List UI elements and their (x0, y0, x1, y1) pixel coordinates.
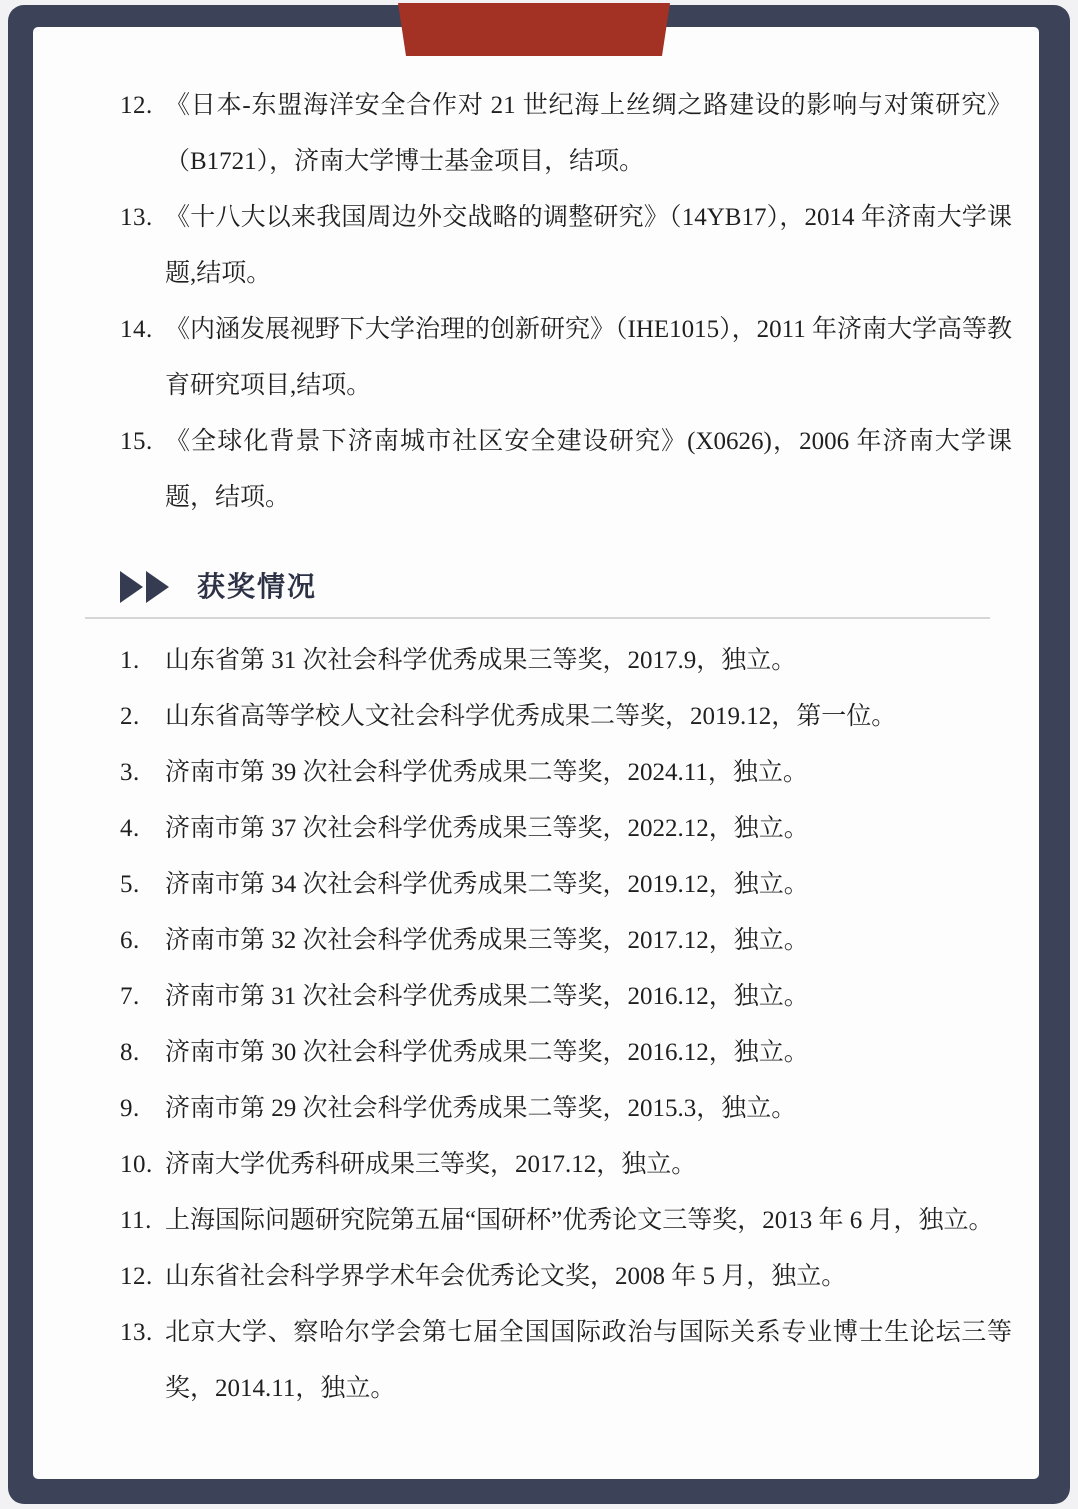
list-item-number: 12. (120, 78, 165, 134)
award-list-item: 13. 北京大学、察哈尔学会第七届全国国际政治与国际关系专业博士生论坛三等奖，2… (120, 1305, 1012, 1417)
project-list-item: 13. 《十八大以来我国周边外交战略的调整研究》（14YB17），2014 年济… (120, 190, 1012, 302)
list-item-text: 济南市第 30 次社会科学优秀成果二等奖，2016.12，独立。 (165, 1025, 1012, 1081)
award-list-item: 10. 济南大学优秀科研成果三等奖，2017.12，独立。 (120, 1137, 1012, 1193)
award-list-item: 8. 济南市第 30 次社会科学优秀成果二等奖，2016.12，独立。 (120, 1025, 1012, 1081)
list-item-text: 北京大学、察哈尔学会第七届全国国际政治与国际关系专业博士生论坛三等奖，2014.… (165, 1305, 1012, 1417)
award-list-item: 11. 上海国际问题研究院第五届“国研杯”优秀论文三等奖，2013 年 6 月，… (120, 1193, 1012, 1249)
list-item-number: 4. (120, 801, 165, 857)
list-item-number: 13. (120, 190, 165, 246)
double-arrow-icon (120, 571, 170, 603)
award-list-item: 7. 济南市第 31 次社会科学优秀成果二等奖，2016.12，独立。 (120, 969, 1012, 1025)
award-list-item: 1. 山东省第 31 次社会科学优秀成果三等奖，2017.9，独立。 (120, 633, 1012, 689)
project-list-item: 15. 《全球化背景下济南城市社区安全建设研究》(X0626)，2006 年济南… (120, 414, 1012, 526)
list-item-number: 2. (120, 689, 165, 745)
list-item-number: 9. (120, 1081, 165, 1137)
list-item-number: 3. (120, 745, 165, 801)
section-header-awards: 获奖情况 (33, 565, 1039, 609)
list-item-text: 《内涵发展视野下大学治理的创新研究》（IHE1015），2011 年济南大学高等… (165, 302, 1012, 414)
list-item-number: 1. (120, 633, 165, 689)
award-list-item: 3. 济南市第 39 次社会科学优秀成果二等奖，2024.11，独立。 (120, 745, 1012, 801)
list-item-number: 15. (120, 414, 165, 470)
list-item-text: 上海国际问题研究院第五届“国研杯”优秀论文三等奖，2013 年 6 月，独立。 (165, 1193, 1012, 1249)
awards-list: 1. 山东省第 31 次社会科学优秀成果三等奖，2017.9，独立。 2. 山东… (33, 619, 1039, 1417)
projects-list: 12. 《日本-东盟海洋安全合作对 21 世纪海上丝绸之路建设的影响与对策研究》… (33, 27, 1039, 526)
list-item-text: 《十八大以来我国周边外交战略的调整研究》（14YB17），2014 年济南大学课… (165, 190, 1012, 302)
list-item-text: 济南市第 34 次社会科学优秀成果二等奖，2019.12，独立。 (165, 857, 1012, 913)
list-item-text: 《日本-东盟海洋安全合作对 21 世纪海上丝绸之路建设的影响与对策研究》（B17… (165, 78, 1012, 190)
award-list-item: 6. 济南市第 32 次社会科学优秀成果三等奖，2017.12，独立。 (120, 913, 1012, 969)
document-page: 12. 《日本-东盟海洋安全合作对 21 世纪海上丝绸之路建设的影响与对策研究》… (33, 27, 1039, 1479)
award-list-item: 2. 山东省高等学校人文社会科学优秀成果二等奖，2019.12，第一位。 (120, 689, 1012, 745)
award-list-item: 9. 济南市第 29 次社会科学优秀成果二等奖，2015.3，独立。 (120, 1081, 1012, 1137)
list-item-number: 13. (120, 1305, 165, 1361)
list-item-text: 山东省社会科学界学术年会优秀论文奖，2008 年 5 月，独立。 (165, 1249, 1012, 1305)
list-item-text: 济南市第 31 次社会科学优秀成果二等奖，2016.12，独立。 (165, 969, 1012, 1025)
list-item-number: 11. (120, 1193, 165, 1249)
list-item-text: 济南市第 39 次社会科学优秀成果二等奖，2024.11，独立。 (165, 745, 1012, 801)
list-item-text: 济南市第 29 次社会科学优秀成果二等奖，2015.3，独立。 (165, 1081, 1012, 1137)
list-item-number: 10. (120, 1137, 165, 1193)
list-item-number: 14. (120, 302, 165, 358)
project-list-item: 12. 《日本-东盟海洋安全合作对 21 世纪海上丝绸之路建设的影响与对策研究》… (120, 78, 1012, 190)
list-item-text: 《全球化背景下济南城市社区安全建设研究》(X0626)，2006 年济南大学课题… (165, 414, 1012, 526)
list-item-number: 7. (120, 969, 165, 1025)
list-item-number: 5. (120, 857, 165, 913)
page-background: { "colors": { "bg": "#f2f2f4", "navy": "… (0, 0, 1078, 1509)
section-title: 获奖情况 (197, 559, 317, 615)
bookmark-tab (398, 3, 670, 56)
award-list-item: 4. 济南市第 37 次社会科学优秀成果三等奖，2022.12，独立。 (120, 801, 1012, 857)
list-item-text: 山东省第 31 次社会科学优秀成果三等奖，2017.9，独立。 (165, 633, 1012, 689)
document-frame: 12. 《日本-东盟海洋安全合作对 21 世纪海上丝绸之路建设的影响与对策研究》… (8, 5, 1070, 1504)
list-item-text: 山东省高等学校人文社会科学优秀成果二等奖，2019.12，第一位。 (165, 689, 1012, 745)
list-item-text: 济南市第 32 次社会科学优秀成果三等奖，2017.12，独立。 (165, 913, 1012, 969)
list-item-text: 济南大学优秀科研成果三等奖，2017.12，独立。 (165, 1137, 1012, 1193)
list-item-number: 6. (120, 913, 165, 969)
list-item-number: 8. (120, 1025, 165, 1081)
project-list-item: 14. 《内涵发展视野下大学治理的创新研究》（IHE1015），2011 年济南… (120, 302, 1012, 414)
award-list-item: 12. 山东省社会科学界学术年会优秀论文奖，2008 年 5 月，独立。 (120, 1249, 1012, 1305)
award-list-item: 5. 济南市第 34 次社会科学优秀成果二等奖，2019.12，独立。 (120, 857, 1012, 913)
list-item-text: 济南市第 37 次社会科学优秀成果三等奖，2022.12，独立。 (165, 801, 1012, 857)
list-item-number: 12. (120, 1249, 165, 1305)
